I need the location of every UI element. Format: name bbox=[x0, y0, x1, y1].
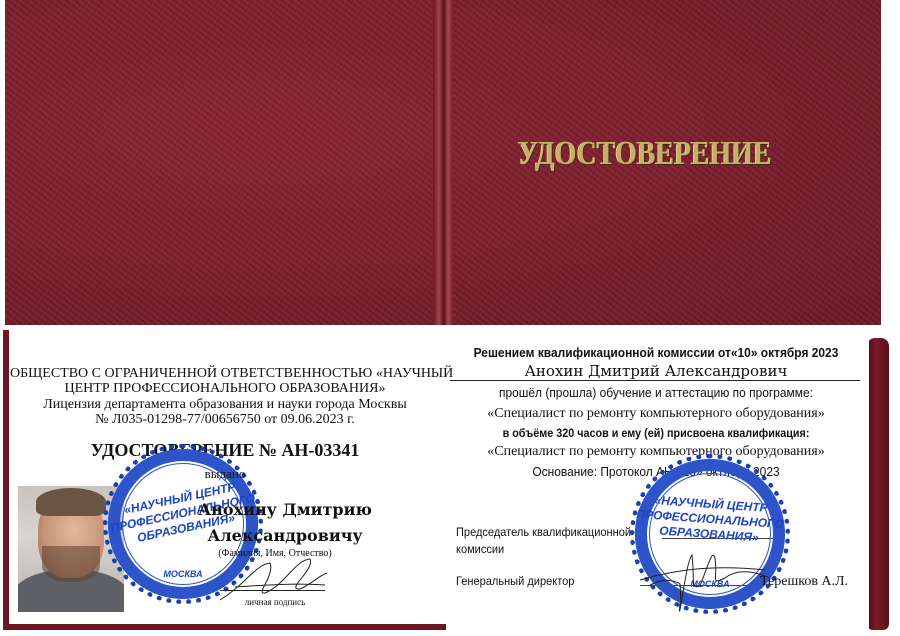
organization-line-2: ЦЕНТР ПРОФЕССИОНАЛЬНОГО ОБРАЗОВАНИЯ» bbox=[10, 381, 440, 396]
hours-text: в объёме 320 часов и ему (ей) присвоена … bbox=[467, 426, 845, 440]
name-underline bbox=[450, 380, 860, 381]
cover-title: УДОСТОВЕРЕНИЕ bbox=[518, 135, 764, 173]
photo-beard bbox=[42, 546, 100, 582]
chair-label-line-1: Председатель квалификационной bbox=[456, 524, 631, 541]
cover-back bbox=[5, 0, 435, 325]
issued-label: выдано bbox=[175, 466, 275, 482]
license-info: Лицензия департамента образования и наук… bbox=[10, 397, 440, 427]
organization-line-1: ОБЩЕСТВО С ОГРАНИЧЕННОЙ ОТВЕТСТВЕННОСТЬЮ… bbox=[10, 366, 440, 381]
cover-spine bbox=[433, 0, 453, 325]
holder-name-line-1: Анохину Дмитрию bbox=[195, 500, 375, 519]
signature-caption: личная подпись bbox=[225, 597, 325, 607]
photo-hair bbox=[36, 488, 106, 516]
license-line-2: № Л035-01298-77/00656750 от 09.06.2023 г… bbox=[10, 412, 440, 427]
commission-decision: Решением квалификационной комиссии от«10… bbox=[463, 345, 849, 360]
passed-training-text: прошёл (прошла) обучение и аттестацию по… bbox=[463, 385, 849, 400]
holder-name-line-2: Александровичу bbox=[195, 526, 375, 545]
program-name: «Специалист по ремонту компьютерного обо… bbox=[446, 406, 866, 422]
graduate-name: Анохин Дмитрий Александрович bbox=[446, 362, 866, 380]
director-signature bbox=[640, 540, 770, 620]
chair-label: Председатель квалификационной комиссии bbox=[456, 524, 631, 558]
director-label: Генеральный директор bbox=[456, 574, 574, 588]
organization-name: ОБЩЕСТВО С ОГРАНИЧЕННОЙ ОТВЕТСТВЕННОСТЬЮ… bbox=[10, 366, 440, 396]
cover-right-edge bbox=[867, 338, 889, 630]
license-line-1: Лицензия департамента образования и наук… bbox=[10, 397, 440, 412]
qualification-name: «Специалист по ремонту компьютерного обо… bbox=[446, 444, 866, 460]
chair-label-line-2: комиссии bbox=[456, 541, 631, 558]
director-name: Терешков А.Л. bbox=[760, 574, 848, 590]
